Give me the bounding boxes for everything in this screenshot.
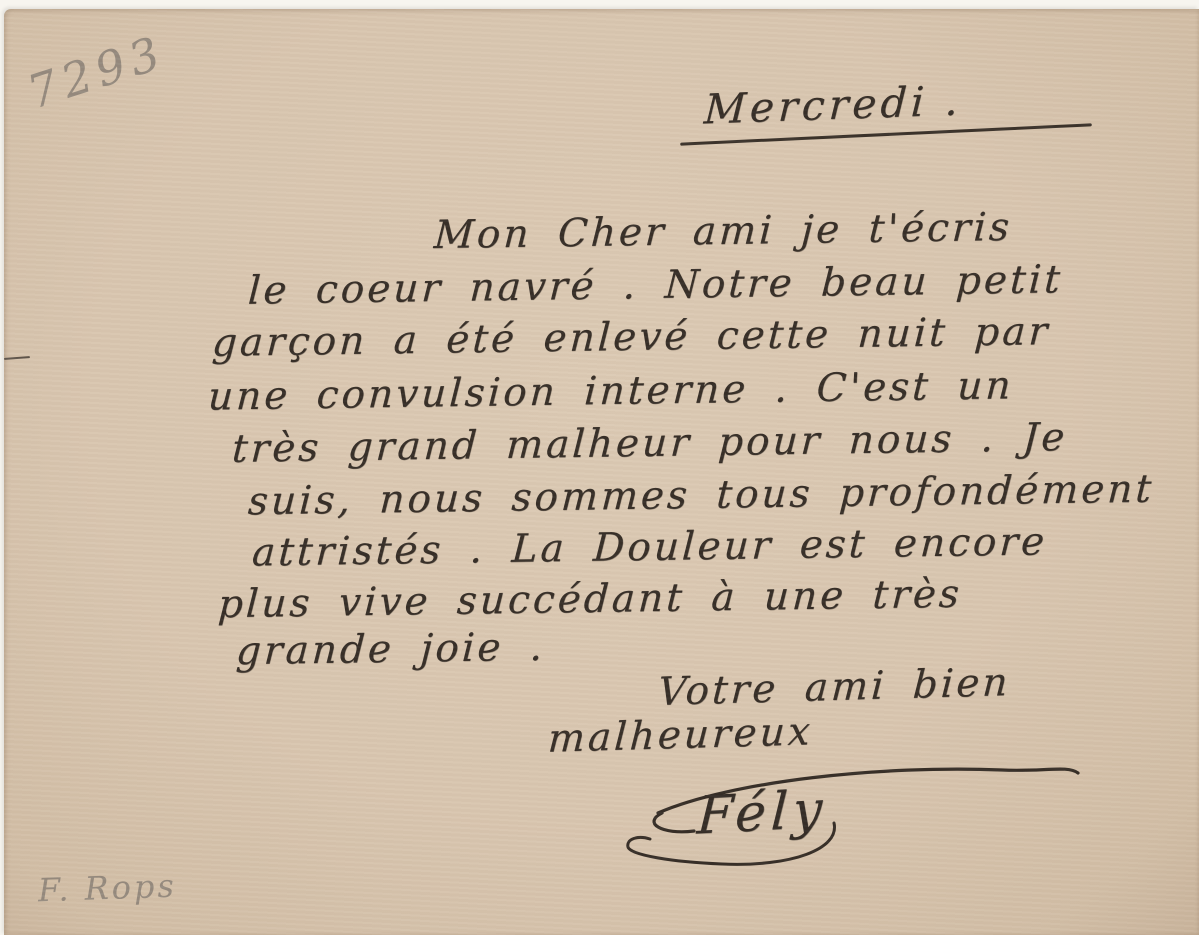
scanned-letter-page: 7293 Mercredi . Mon Cher ami je t'écris … xyxy=(0,0,1199,935)
body-line-3: garçon a été enlevé cette nuit par xyxy=(211,309,1052,366)
date-heading: Mercredi . xyxy=(703,76,963,133)
body-line-7: attristés . La Douleur est encore xyxy=(251,519,1049,575)
letter-card-paper: 7293 Mercredi . Mon Cher ami je t'écris … xyxy=(4,9,1199,935)
signature-flourish-strokes xyxy=(602,751,1094,883)
body-line-4: une convulsion interne . C'est un xyxy=(207,363,1015,419)
body-line-8: plus vive succédant à une très xyxy=(217,572,964,627)
body-line-5: très grand malheur pour nous . Je xyxy=(231,415,1069,472)
pencil-catalog-number: 7293 xyxy=(21,25,172,120)
signature-block: Fély xyxy=(602,751,1094,883)
body-line-2: le coeur navré . Notre beau petit xyxy=(247,257,1064,313)
body-line-1: Mon Cher ami je t'écris xyxy=(433,205,1014,258)
pencil-attribution-note: F. Rops xyxy=(37,867,177,910)
body-line-9: grande joie . xyxy=(235,625,547,674)
closing-line-1: Votre ami bien xyxy=(657,660,1012,715)
stray-ink-mark xyxy=(4,356,30,360)
body-line-6: suis, nous sommes tous profondément xyxy=(247,467,1156,525)
signature-name: Fély xyxy=(696,779,829,846)
